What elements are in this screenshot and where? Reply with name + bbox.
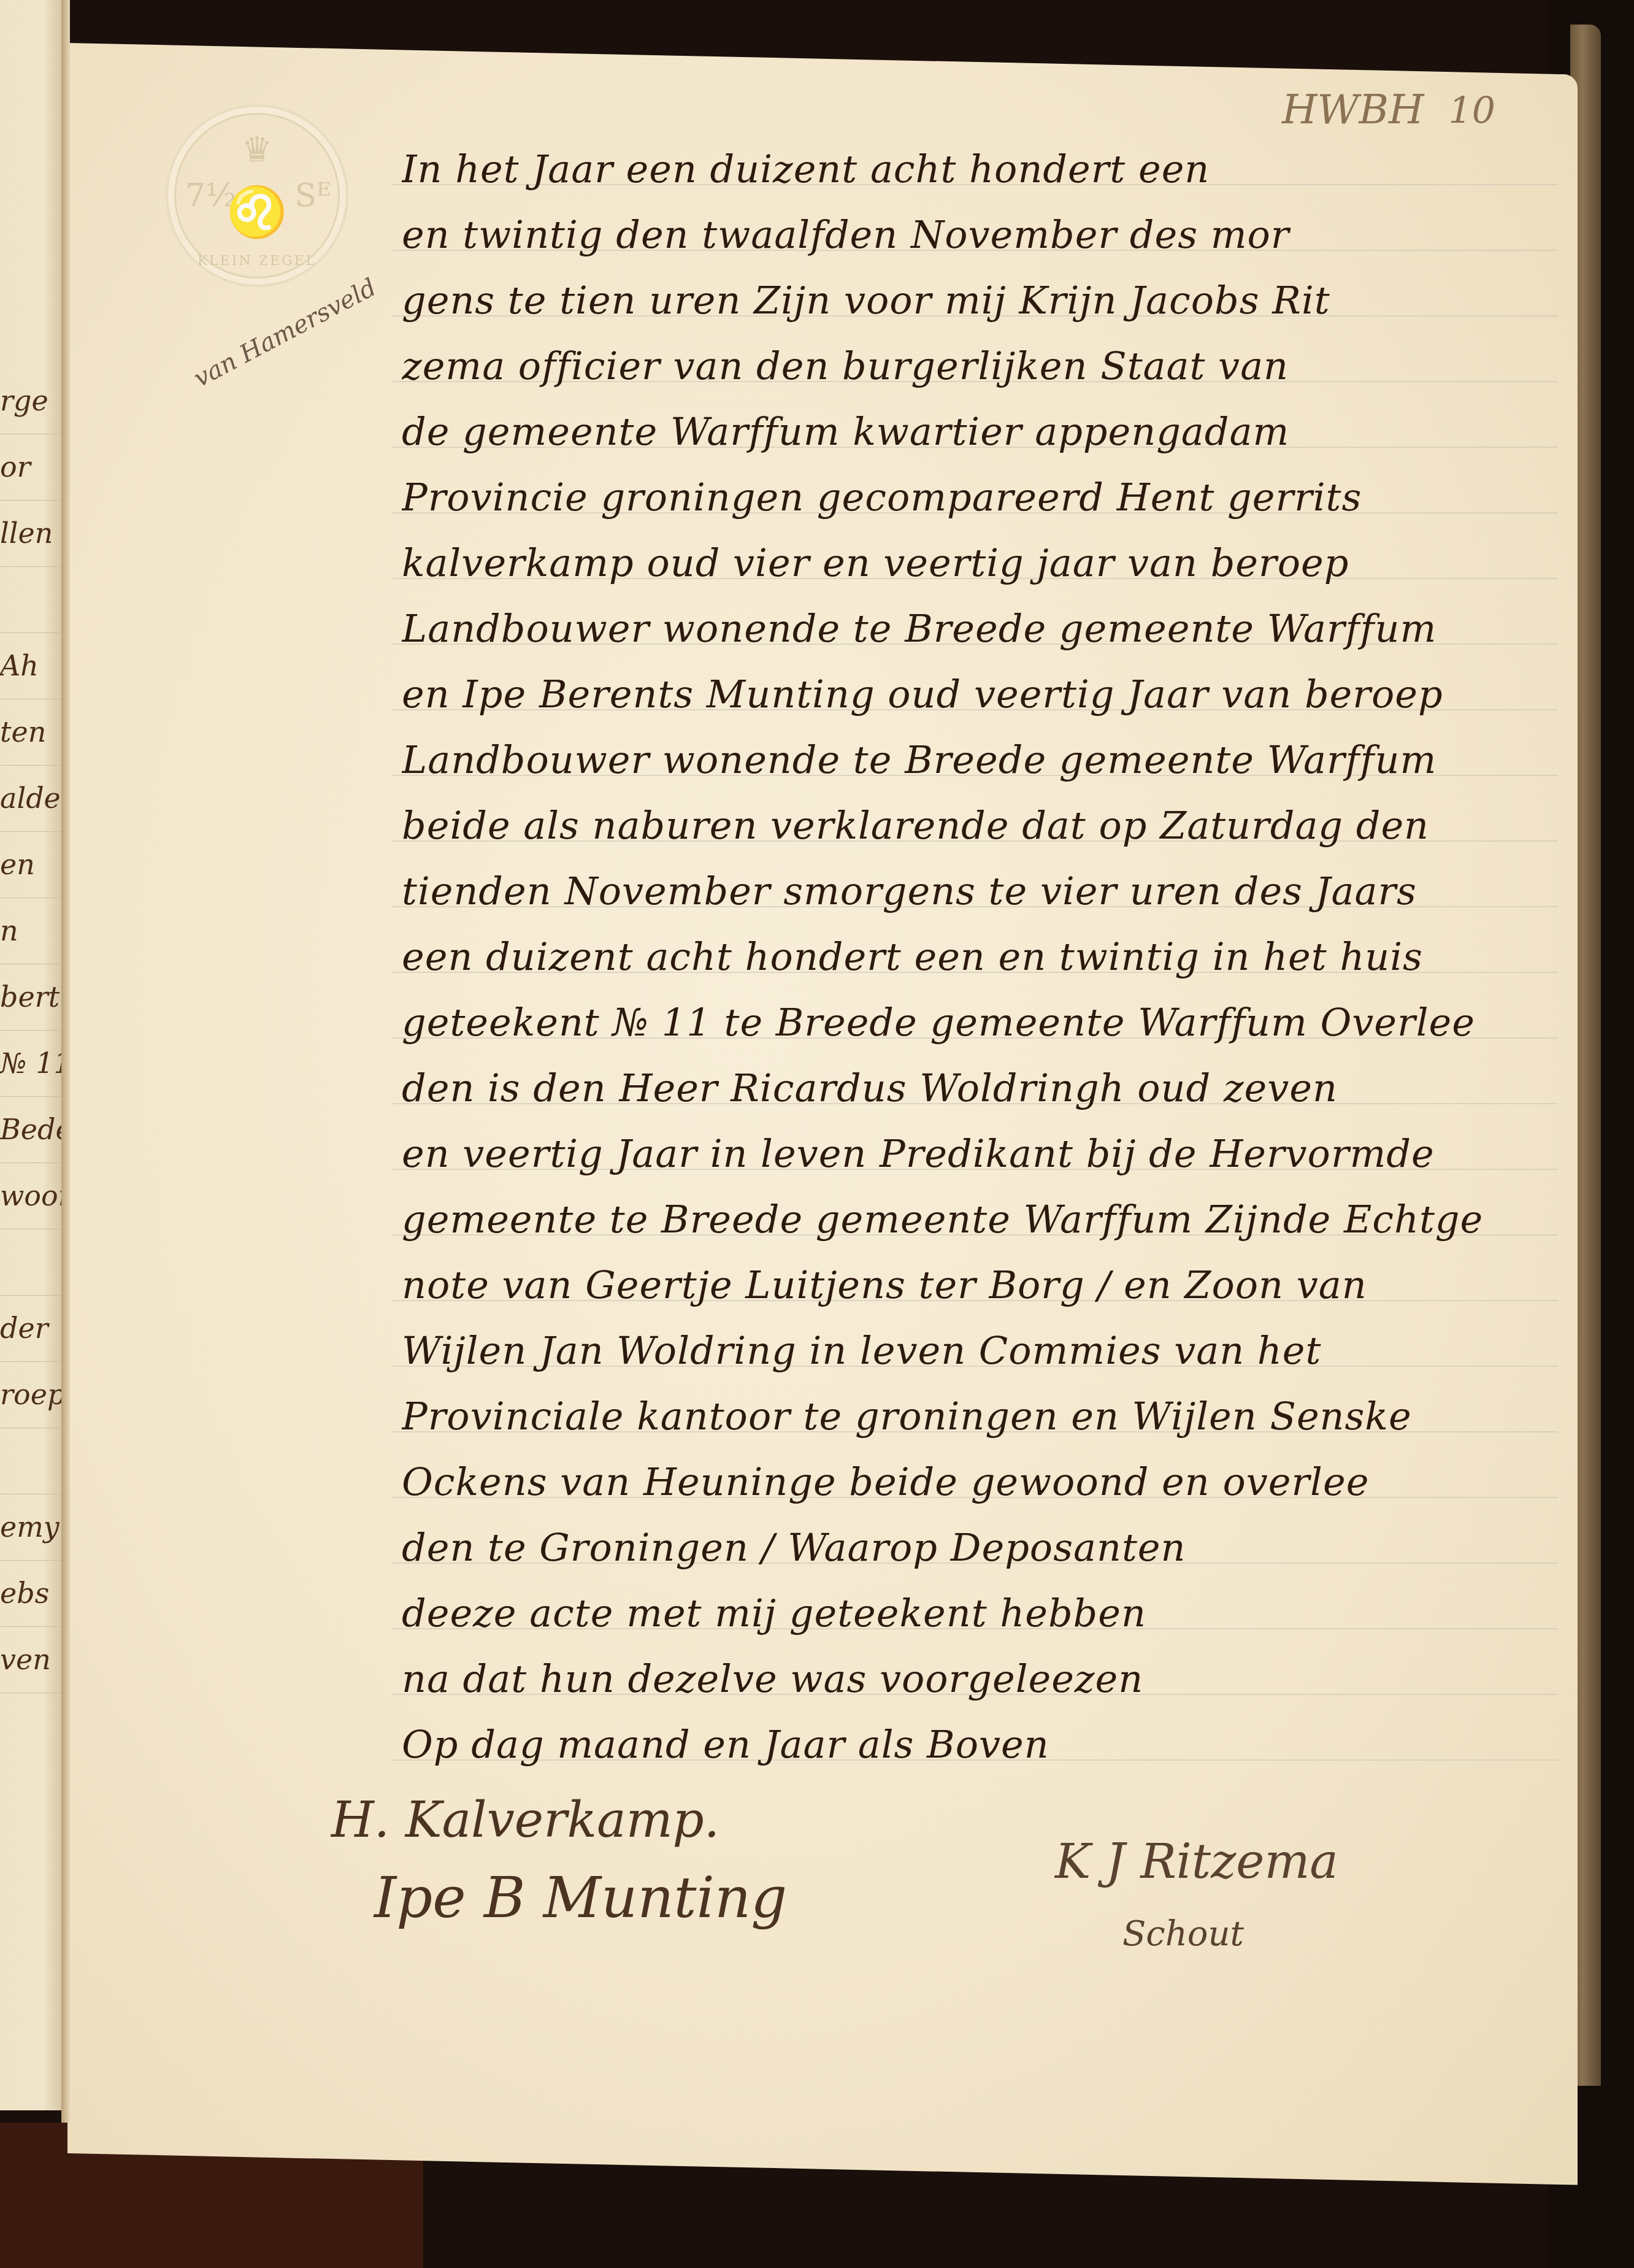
facing-page-edge: rge or llen Ah ten alde en n bert № 111 … [0,0,61,2110]
text-line: Landbouwer wonende te Breede gemeente Wa… [402,596,1567,661]
folio-number: 10 [1448,90,1495,133]
crown-icon: ♛ [168,130,346,170]
officer-title: Schout [1122,1914,1244,1954]
fragment: roep [0,1362,61,1428]
witness-signature-kalverkamp: H. Kalverkamp. [331,1791,719,1848]
text-line: den te Groningen / Waarop Deposanten [402,1515,1567,1580]
text-line: de gemeente Warffum kwartier appengadam [402,399,1567,464]
fragment: № 111 [0,1031,61,1097]
text-line: en veertig Jaar in leven Predikant bij d… [402,1121,1567,1186]
fragment: ebs [0,1561,61,1627]
fragment: alde [0,766,61,832]
text-line: Ockens van Heuninge beide gewoond en ove… [402,1449,1567,1515]
text-line: kalverkamp oud vier en veertig jaar van … [402,530,1567,596]
stamp-legend: KLEIN ZEGEL [168,253,346,269]
text-line: beide als naburen verklarende dat op Zat… [402,793,1567,858]
stamp-value-unit: Sᴱ [294,177,331,214]
text-line: geteekent № 11 te Breede gemeente Warffu… [402,990,1567,1055]
fragment: n [0,898,61,964]
fragment: or [0,434,61,501]
signature-block: H. Kalverkamp. Ipe B Munting K J Ritzema… [319,1779,1546,2024]
officer-signature: K J Ritzema [1055,1834,1338,1889]
text-line: In het Jaar een duizent acht hondert een [402,136,1567,202]
fragment: Ah [0,633,61,699]
folio-header: HWBH10 [1282,86,1495,133]
fragment [0,1428,61,1494]
text-line: een duizent acht hondert een en twintig … [402,924,1567,990]
text-line: gemeente te Breede gemeente Warffum Zijn… [402,1186,1567,1252]
book-gutter [61,0,70,2123]
text-line: en Ipe Berents Munting oud veertig Jaar … [402,661,1567,727]
text-line: zema officier van den burgerlijken Staat… [402,333,1567,399]
text-line: Op dag maand en Jaar als Boven [402,1712,1567,1777]
fragment [0,1229,61,1296]
fragment: ten [0,699,61,766]
text-line: na dat hun dezelve was voorgeleezen [402,1646,1567,1712]
record-body: In het Jaar een duizent acht hondert een… [402,136,1567,1777]
witness-signature-munting: Ipe B Munting [374,1865,787,1931]
fragment: woon [0,1163,61,1229]
facing-page-text-fragments: rge or llen Ah ten alde en n bert № 111 … [0,368,61,1693]
fragment: rge [0,368,61,434]
text-line: Provinciale kantoor te groningen en Wijl… [402,1383,1567,1449]
text-line: gens te tien uren Zijn voor mij Krijn Ja… [402,267,1567,333]
text-line: note van Geertje Luitjens ter Borg / en … [402,1252,1567,1318]
fragment: en [0,832,61,898]
text-line: Provincie groningen gecompareerd Hent ge… [402,464,1567,530]
text-line: tienden November smorgens te vier uren d… [402,858,1567,924]
fragment: Bede [0,1097,61,1163]
text-line: den is den Heer Ricardus Woldringh oud z… [402,1055,1567,1121]
fragment: bert [0,964,61,1031]
fragment: llen [0,501,61,567]
fragment: ven [0,1627,61,1693]
text-line: en twintig den twaalfden November des mo… [402,202,1567,267]
text-line: Wijlen Jan Woldring in leven Commies van… [402,1318,1567,1383]
fragment: der [0,1296,61,1362]
text-line: Landbouwer wonende te Breede gemeente Wa… [402,727,1567,793]
fragment [0,567,61,633]
embossed-stamp: ♛ 7½ ♌ Sᴱ KLEIN ZEGEL [166,104,348,287]
fragment: emy [0,1494,61,1561]
folio-mark: HWBH [1282,86,1424,133]
text-line: deeze acte met mij geteekent hebben [402,1580,1567,1646]
